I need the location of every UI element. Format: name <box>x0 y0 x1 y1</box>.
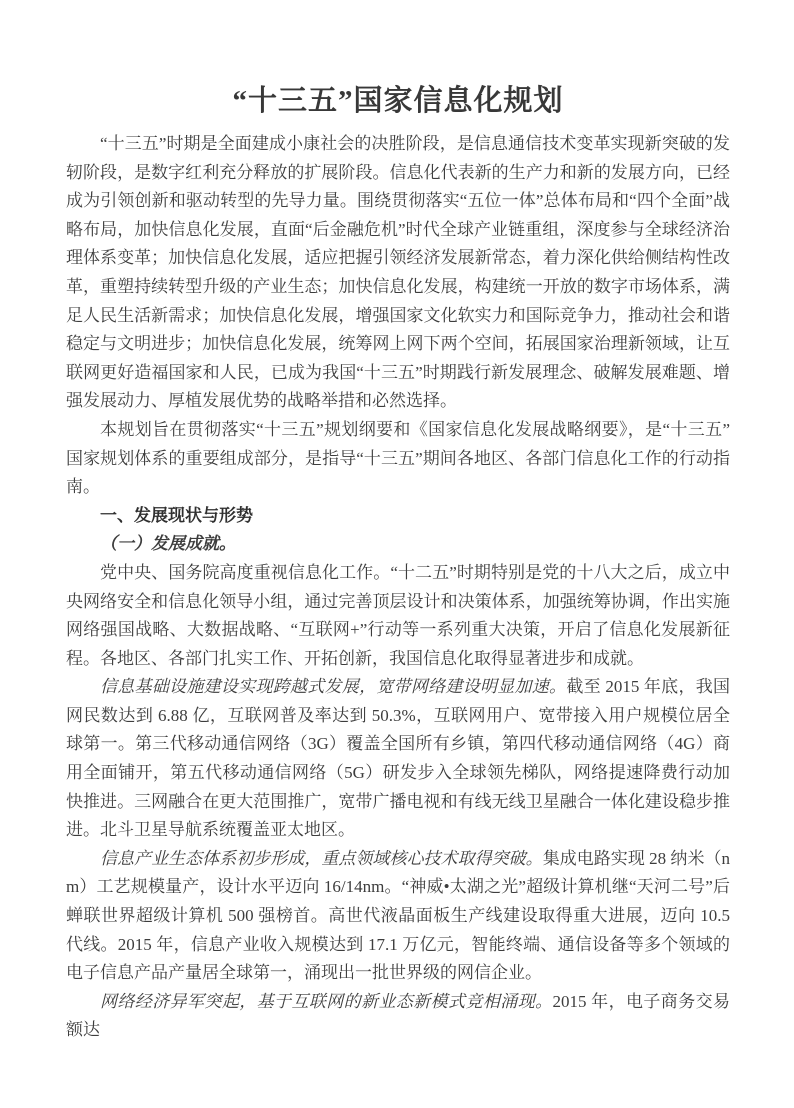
paragraph-industry: 信息产业生态体系初步形成，重点领域核心技术取得突破。集成电路实现 28 纳米（n… <box>66 845 730 988</box>
paragraph-intro: “十三五”时期是全面建成小康社会的决胜阶段，是信息通信技术变革实现新突破的发轫阶… <box>66 130 730 416</box>
paragraph-central-leadership: 党中央、国务院高度重视信息化工作。“十二五”时期特别是党的十八大之后，成立中央网… <box>66 559 730 673</box>
paragraph-network-economy: 网络经济异军突起，基于互联网的新业态新模式竞相涌现。2015 年，电子商务交易额… <box>66 988 730 1045</box>
paragraph-industry-body: 集成电路实现 28 纳米（nm）工艺规模量产，设计水平迈向 16/14nm。“神… <box>66 849 730 982</box>
paragraph-infrastructure-body: 截至 2015 年底，我国网民数达到 6.88 亿，互联网普及率达到 50.3%… <box>66 677 730 839</box>
paragraph-infrastructure-lead: 信息基础设施建设实现跨越式发展，宽带网络建设明显加速。 <box>100 677 566 696</box>
paragraph-purpose: 本规划旨在贯彻落实“十三五”规划纲要和《国家信息化发展战略纲要》，是“十三五”国… <box>66 416 730 502</box>
section-heading-development-status: 一、发展现状与形势 <box>66 502 730 531</box>
paragraph-industry-lead: 信息产业生态体系初步形成，重点领域核心技术取得突破。 <box>100 849 543 868</box>
subsection-heading-achievements: （一）发展成就。 <box>66 530 730 559</box>
document-title: “十三五”国家信息化规划 <box>66 83 730 119</box>
paragraph-network-economy-lead: 网络经济异军突起，基于互联网的新业态新模式竞相涌现。 <box>100 992 553 1011</box>
document-page: “十三五”国家信息化规划 “十三五”时期是全面建成小康社会的决胜阶段，是信息通信… <box>0 0 794 1108</box>
paragraph-infrastructure: 信息基础设施建设实现跨越式发展，宽带网络建设明显加速。截至 2015 年底，我国… <box>66 673 730 845</box>
